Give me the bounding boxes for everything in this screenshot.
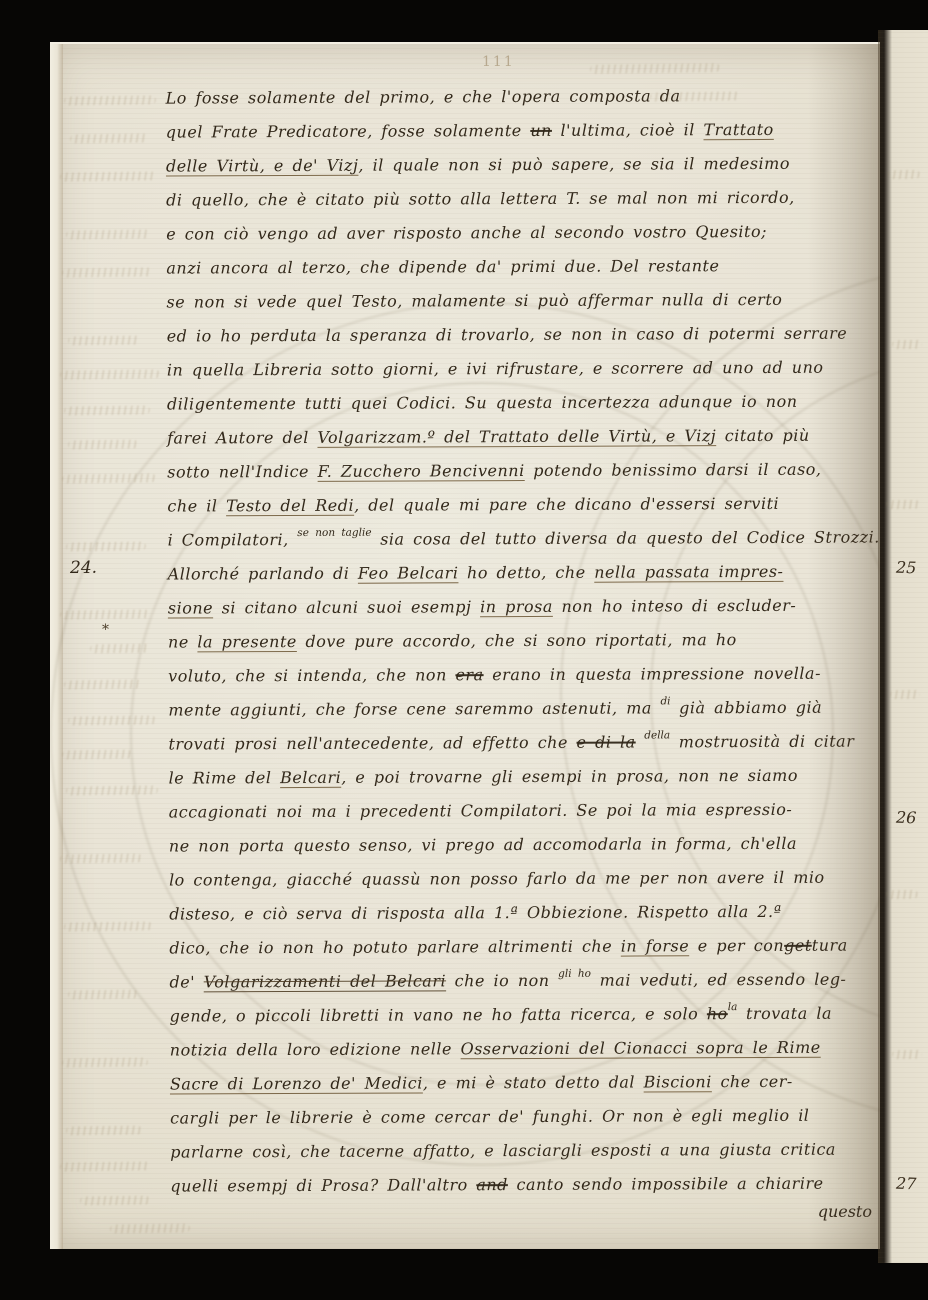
manuscript-text-segment: Sacre di Lorenzo de' Medici: [170, 1073, 423, 1093]
margin-number-26: 26: [896, 808, 917, 828]
manuscript-text-segment: si citano alcuni suoi esempj: [213, 597, 480, 617]
manuscript-text-segment: ho detto, che: [458, 563, 594, 583]
manuscript-text-segment: in quella Libreria sotto giorni, e ivi r…: [167, 358, 824, 380]
manuscript-line: notizia della loro edizione nelle Osserv…: [170, 1030, 880, 1067]
manuscript-text-segment: tura: [812, 936, 848, 955]
manuscript-line: anzi ancora al terzo, che dipende da' pr…: [166, 248, 880, 285]
manuscript-text-segment: mostruosità di citar: [670, 732, 854, 752]
manuscript-text-segment: accagionati noi ma i precedenti Compilat…: [169, 800, 793, 822]
next-page-edge: 25 26 27: [878, 30, 928, 1263]
manuscript-text-segment: nella passata impres-: [594, 562, 783, 582]
manuscript-text-segment: e con ciò vengo ad aver risposto anche a…: [166, 222, 767, 244]
manuscript-text-segment: notizia della loro edizione nelle: [170, 1039, 461, 1059]
bleedthrough-mark: [60, 369, 160, 379]
manuscript-text-segment: la presente: [197, 632, 297, 651]
manuscript-text-segment: disteso, e ciò serva di risposta alla 1.…: [169, 902, 782, 924]
manuscript-text-segment: Lo fosse solamente del primo, e che l'op…: [166, 86, 681, 107]
manuscript-text-segment: Osservazioni del Cionacci sopra le Rime: [461, 1038, 821, 1059]
manuscript-line: disteso, e ciò serva di risposta alla 1.…: [169, 894, 880, 931]
bleedthrough-mark: [68, 440, 138, 450]
manuscript-text-segment: and: [476, 1175, 508, 1194]
manuscript-text-segment: cargli per le librerie è come cercar de'…: [170, 1106, 809, 1128]
manuscript-text-segment: Testo del Redi: [226, 496, 354, 516]
manuscript-text-segment: potendo benissimo darsi il caso,: [525, 460, 822, 480]
manuscript-line: le Rime del Belcari, e poi trovarne gli …: [169, 758, 880, 795]
manuscript-text-segment: ne: [168, 632, 197, 651]
manuscript-text-segment: lo contenga, giacché quassù non posso fa…: [169, 868, 825, 890]
manuscript-text-segment: Allorché parlando di: [168, 564, 358, 584]
manuscript-text-segment: mente aggiunti, che forse cene saremmo a…: [168, 698, 660, 719]
manuscript-text-segment: , e poi trovarne gli esempi in prosa, no…: [341, 766, 798, 787]
manuscript-text-segment: mai veduti, ed essendo leg-: [591, 970, 847, 990]
manuscript-text-segment: in prosa: [480, 597, 553, 616]
manuscript-text-segment: era: [455, 665, 483, 684]
manuscript-text-segment: , del quale mi pare che dicano d'essersi…: [354, 494, 779, 515]
manuscript-line: farei Autore del Volgarizzam.º del Tratt…: [167, 418, 880, 455]
manuscript-line: mente aggiunti, che forse cene saremmo a…: [168, 690, 880, 727]
bleedthrough-mark: [892, 340, 922, 349]
manuscript-line: voluto, che si intenda, che non era eran…: [168, 656, 880, 693]
manuscript-text-segment: sotto nell'Indice: [167, 462, 317, 482]
margin-number-24: 24.: [70, 558, 97, 578]
manuscript-line: sotto nell'Indice F. Zucchero Bencivenni…: [167, 452, 880, 489]
manuscript-text-segment: non ho inteso di escluder-: [553, 596, 797, 616]
manuscript-line: i Compilatori, se non taglie sia cosa de…: [167, 520, 880, 557]
bleedthrough-mark: [68, 990, 138, 1000]
bleedthrough-mark: [886, 890, 918, 899]
manuscript-line: trovati prosi nell'antecedente, ad effet…: [168, 724, 880, 761]
bleedthrough-mark: [60, 853, 142, 863]
catchword: questo: [610, 1202, 872, 1221]
bleedthrough-mark: [62, 267, 152, 277]
manuscript-text-segment: un: [530, 121, 552, 140]
manuscript-text-segment: , e mi è stato detto dal: [423, 1072, 644, 1092]
manuscript-line: dico, che io non ho potuto parlare altri…: [169, 928, 880, 965]
manuscript-line: gende, o piccoli libretti in vano ne ho …: [170, 996, 880, 1033]
manuscript-text-segment: trovati prosi nell'antecedente, ad effet…: [168, 733, 576, 754]
manuscript-text-segment: erano in questa impressione novella-: [484, 664, 821, 684]
manuscript-text-segment: già abbiamo già: [671, 698, 823, 718]
bleedthrough-mark: [62, 1057, 148, 1067]
manuscript-text-segment: l'ultima, cioè il: [552, 120, 704, 140]
bleedthrough-mark: [66, 1125, 142, 1135]
bleedthrough-mark: [64, 95, 156, 105]
bleedthrough-mark: [886, 500, 920, 509]
manuscript-text-segment: farei Autore del: [167, 428, 317, 448]
manuscript-line: e con ciò vengo ad aver risposto anche a…: [166, 214, 880, 251]
manuscript-line: sione si citano alcuni suoi esempj in pr…: [168, 588, 880, 625]
manuscript-line: diligentemente tutti quei Codici. Su que…: [167, 384, 880, 421]
manuscript-page: 111 Lo fosse solamente del primo, e che …: [50, 42, 880, 1249]
manuscript-text-segment: parlarne così, che tacerne affatto, e la…: [170, 1140, 836, 1162]
manuscript-text-segment: in forse: [621, 936, 689, 955]
manuscript-text-segment: Belcari: [280, 768, 341, 787]
manuscript-text-segment: sione: [168, 598, 213, 617]
manuscript-text-segment: ne non porta questo senso, vi prego ad a…: [169, 834, 797, 856]
margin-number-27: 27: [896, 1174, 917, 1194]
manuscript-line: Allorché parlando di Feo Belcari ho dett…: [168, 554, 880, 591]
manuscript-text-segment: diligentemente tutti quei Codici. Su que…: [167, 392, 798, 414]
bleedthrough-mark: [64, 921, 152, 931]
manuscript-text-segment: quel Frate Predicatore, fosse solamente: [166, 121, 531, 142]
manuscript-text-segment: [636, 732, 645, 751]
manuscript-line: quelli esempj di Prosa? Dall'altro and c…: [170, 1166, 880, 1203]
bleedthrough-mark: [60, 609, 150, 619]
bleedthrough-mark: [62, 473, 156, 483]
bleedthrough-mark: [66, 229, 150, 239]
manuscript-text-segment: che il: [167, 496, 226, 515]
manuscript-text-segment: F. Zucchero Bencivenni: [318, 461, 525, 481]
manuscript-line: ne la presente dove pure accordo, che si…: [168, 622, 880, 659]
manuscript-text-segment: che io non: [446, 971, 558, 990]
manuscript-text-segment: gende, o piccoli libretti in vano ne ho …: [170, 1004, 707, 1025]
manuscript-text-segment: i Compilatori,: [168, 530, 298, 550]
page-fore-edge: [50, 44, 63, 1249]
manuscript-text-segment: Volgarizzam.º del Trattato delle Virtù, …: [317, 426, 716, 447]
manuscript-line: de' Volgarizzamenti del Belcari che io n…: [169, 962, 880, 999]
bleedthrough-mark: [60, 171, 156, 181]
manuscript-line: ne non porta questo senso, vi prego ad a…: [169, 826, 880, 863]
bleedthrough-mark: [64, 679, 142, 689]
manuscript-line: di quello, che è citato più sotto alla l…: [166, 180, 880, 217]
manuscript-text-segment: di: [660, 695, 670, 707]
manuscript-text-segment: citato più: [716, 426, 810, 445]
manuscript-line: Sacre di Lorenzo de' Medici, e mi è stat…: [170, 1064, 880, 1101]
manuscript-text-segment: delle Virtù, e de' Vizj: [166, 156, 359, 176]
manuscript-text-segment: voluto, che si intenda, che non: [168, 665, 455, 685]
manuscript-text-segment: che cer-: [712, 1072, 793, 1091]
margin-asterisk: *: [102, 622, 109, 638]
manuscript-text-segment: Biscioni: [644, 1072, 712, 1091]
manuscript-text-segment: ed io ho perduta la speranza di trovarlo…: [167, 324, 848, 346]
manuscript-text-segment: Volgarizzamenti del Belcari: [204, 971, 446, 991]
manuscript-line: parlarne così, che tacerne affatto, e la…: [170, 1132, 880, 1169]
manuscript-line: lo contenga, giacché quassù non posso fa…: [169, 860, 880, 897]
manuscript-text-block: Lo fosse solamente del primo, e che l'op…: [166, 78, 880, 1203]
manuscript-text-segment: canto sendo impossibile a chiarire: [508, 1174, 824, 1194]
manuscript-text-segment: della: [644, 729, 670, 741]
manuscript-line: Lo fosse solamente del primo, e che l'op…: [166, 78, 880, 115]
bleedthrough-mark: [68, 715, 156, 725]
manuscript-text-segment: la: [728, 1001, 738, 1013]
manuscript-text-segment: dove pure accordo, che si sono riportati…: [297, 630, 737, 651]
manuscript-text-segment: di quello, che è citato più sotto alla l…: [166, 188, 795, 210]
manuscript-text-segment: Trattato: [703, 120, 773, 139]
manuscript-line: accagionati noi ma i precedenti Compilat…: [169, 792, 880, 829]
bleedthrough-mark: [70, 133, 148, 143]
manuscript-line: se non si vede quel Testo, malamente si …: [166, 282, 880, 319]
manuscript-line: ed io ho perduta la speranza di trovarlo…: [167, 316, 880, 353]
manuscript-text-segment: e di la: [576, 733, 635, 752]
manuscript-text-segment: quelli esempj di Prosa? Dall'altro: [170, 1175, 476, 1195]
manuscript-text-segment: , il quale non si può sapere, se sia il …: [358, 154, 790, 175]
manuscript-line: quel Frate Predicatore, fosse solamente …: [166, 112, 880, 149]
manuscript-text-segment: de': [169, 972, 203, 991]
bleedthrough-mark: [892, 1050, 922, 1059]
manuscript-text-segment: se non taglie: [297, 527, 371, 539]
manuscript-text-segment: get: [784, 936, 812, 955]
folio-number: 111: [482, 54, 515, 70]
manuscript-text-segment: gli ho: [558, 968, 591, 980]
bleedthrough-mark: [68, 335, 140, 345]
manuscript-text-segment: le Rime del: [169, 768, 281, 787]
manuscript-line: che il Testo del Redi, del quale mi pare…: [167, 486, 880, 523]
manuscript-text-segment: se non si vede quel Testo, malamente si …: [166, 290, 782, 312]
bleedthrough-mark: [888, 170, 920, 179]
bleedthrough-mark: [110, 1223, 190, 1233]
bleedthrough-mark: [64, 405, 150, 415]
scan-background: 111 Lo fosse solamente del primo, e che …: [0, 0, 928, 1300]
manuscript-text-segment: Feo Belcari: [358, 563, 459, 582]
manuscript-text-segment: sia cosa del tutto diversa da questo del…: [372, 527, 880, 548]
bleedthrough-mark: [62, 750, 132, 760]
manuscript-text-segment: anzi ancora al terzo, che dipende da' pr…: [166, 256, 719, 277]
margin-number-25: 25: [896, 558, 917, 578]
bleedthrough-mark: [60, 1161, 150, 1171]
bleedthrough-mark: [590, 63, 720, 74]
manuscript-line: cargli per le librerie è come cercar de'…: [170, 1098, 880, 1135]
bleedthrough-mark: [80, 1196, 150, 1206]
manuscript-text-segment: dico, che io non ho potuto parlare altri…: [169, 937, 621, 958]
manuscript-line: delle Virtù, e de' Vizj, il quale non si…: [166, 146, 880, 183]
bleedthrough-mark: [66, 785, 158, 795]
bleedthrough-mark: [890, 690, 920, 699]
manuscript-text-segment: trovata la: [737, 1004, 832, 1023]
manuscript-text-segment: ho: [707, 1004, 728, 1023]
manuscript-line: in quella Libreria sotto giorni, e ivi r…: [167, 350, 880, 387]
bleedthrough-mark: [66, 541, 146, 551]
manuscript-text-segment: e per con: [689, 936, 784, 955]
bleedthrough-mark: [90, 644, 150, 654]
